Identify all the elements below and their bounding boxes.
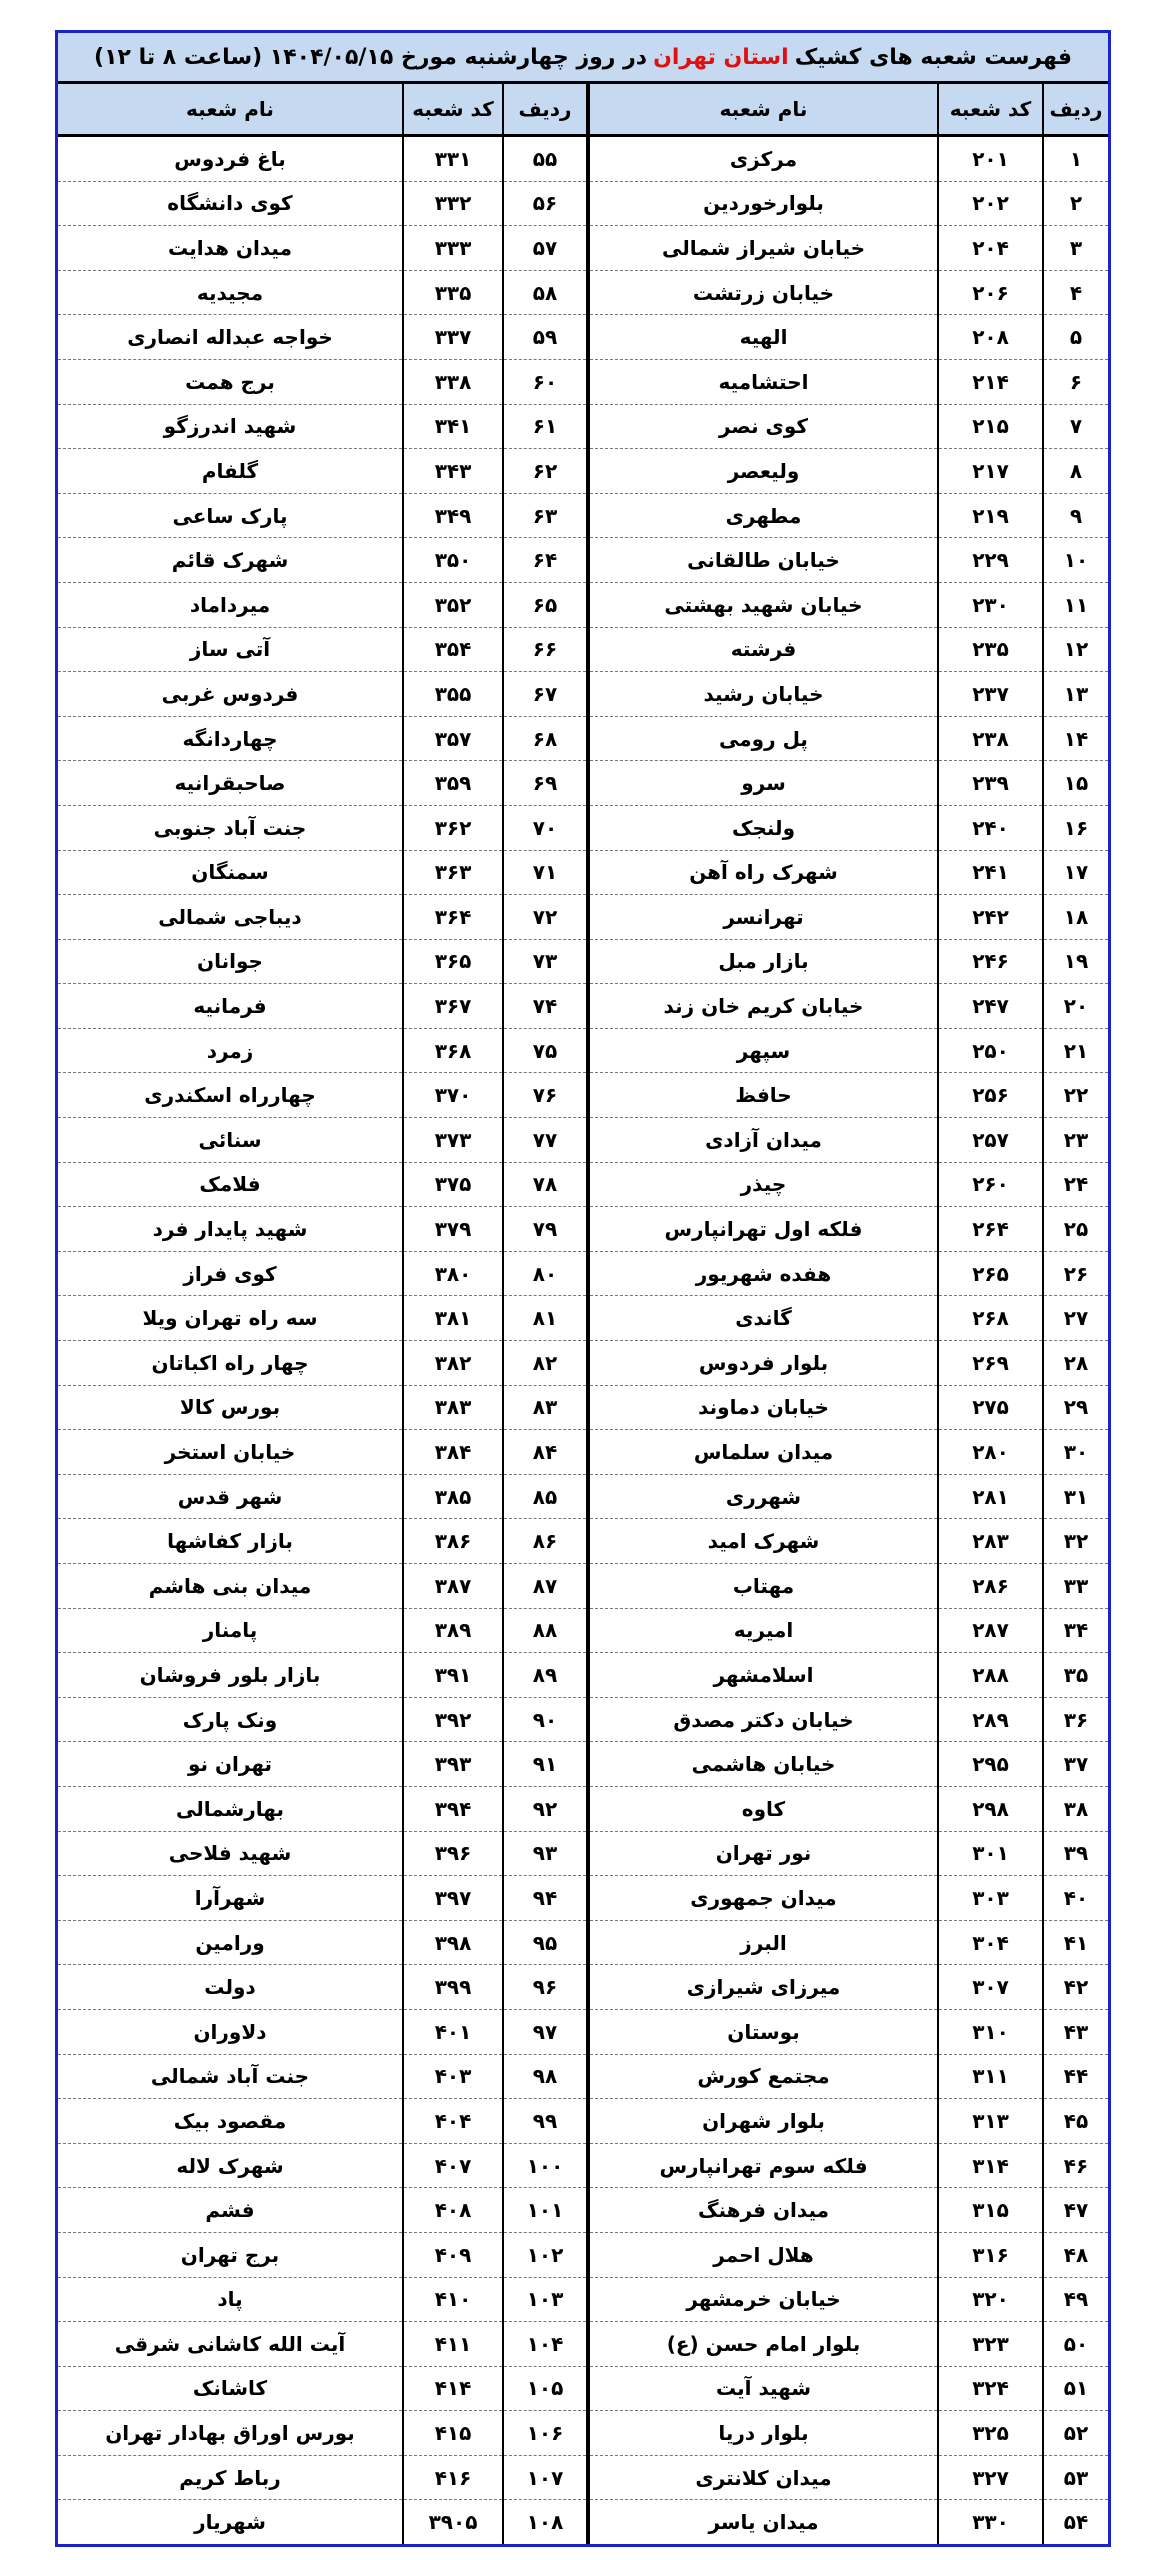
branch-name-cell: میدان یاسر — [588, 2500, 938, 2544]
row-number-cell: ۲۲ — [1043, 1073, 1108, 1118]
branch-name-cell: هلال احمر — [588, 2232, 938, 2277]
row-number-cell: ۵ — [1043, 315, 1108, 360]
row-number-cell: ۷۷ — [503, 1118, 588, 1163]
row-number-cell: ۱۹ — [1043, 939, 1108, 984]
row-number-cell: ۱۵ — [1043, 761, 1108, 806]
table-row: ۱۴۲۳۸پل رومی۶۸۳۵۷چهاردانگه — [58, 716, 1108, 761]
branch-name-cell: میدان هدایت — [58, 226, 403, 271]
row-number-cell: ۸ — [1043, 449, 1108, 494]
branch-code-cell: ۲۷۵ — [938, 1385, 1043, 1430]
branch-name-cell: زمرد — [58, 1028, 403, 1073]
branch-name-cell: چهارراه اسکندری — [58, 1073, 403, 1118]
branch-code-cell: ۳۲۰ — [938, 2277, 1043, 2322]
row-number-cell: ۶ — [1043, 359, 1108, 404]
row-number-cell: ۱۱ — [1043, 582, 1108, 627]
branch-name-cell: گاندی — [588, 1296, 938, 1341]
table-row: ۱۶۲۴۰ولنجک۷۰۳۶۲جنت آباد جنوبی — [58, 805, 1108, 850]
branch-name-cell: کاشانک — [58, 2366, 403, 2411]
row-number-cell: ۷۴ — [503, 984, 588, 1029]
row-number-cell: ۹۰ — [503, 1697, 588, 1742]
row-number-cell: ۴۱ — [1043, 1920, 1108, 1965]
branch-code-cell: ۲۶۹ — [938, 1341, 1043, 1386]
table-row: ۱۲۲۳۵فرشته۶۶۳۵۴آتی ساز — [58, 627, 1108, 672]
branch-name-cell: کوی دانشگاه — [58, 181, 403, 226]
branch-code-cell: ۲۶۸ — [938, 1296, 1043, 1341]
branch-name-cell: احتشامیه — [588, 359, 938, 404]
branch-code-cell: ۲۰۲ — [938, 181, 1043, 226]
branch-code-cell: ۲۴۶ — [938, 939, 1043, 984]
row-number-cell: ۹۱ — [503, 1742, 588, 1787]
branch-name-cell: اسلامشهر — [588, 1653, 938, 1698]
branch-name-cell: میدان بنی هاشم — [58, 1564, 403, 1609]
branch-code-cell: ۳۷۳ — [403, 1118, 503, 1163]
row-number-cell: ۸۷ — [503, 1564, 588, 1609]
branch-name-cell: پارک ساعی — [58, 493, 403, 538]
branch-name-cell: خیابان دکتر مصدق — [588, 1697, 938, 1742]
branch-code-cell: ۳۸۳ — [403, 1385, 503, 1430]
branch-code-cell: ۳۹۹ — [403, 1965, 503, 2010]
branch-code-cell: ۲۸۹ — [938, 1697, 1043, 1742]
table-row: ۲۲۲۵۶حافظ۷۶۳۷۰چهارراه اسکندری — [58, 1073, 1108, 1118]
row-number-cell: ۲۴ — [1043, 1162, 1108, 1207]
branch-name-cell: کاوه — [588, 1786, 938, 1831]
row-number-cell: ۴۵ — [1043, 2099, 1108, 2144]
branch-name-cell: میدان آزادی — [588, 1118, 938, 1163]
row-number-cell: ۳۳ — [1043, 1564, 1108, 1609]
branch-code-cell: ۳۸۰ — [403, 1251, 503, 1296]
branch-code-cell: ۳۰۴ — [938, 1920, 1043, 1965]
branch-name-cell: خیابان خرمشهر — [588, 2277, 938, 2322]
branch-name-cell: سرو — [588, 761, 938, 806]
row-number-cell: ۱۰۰ — [503, 2143, 588, 2188]
row-number-cell: ۶۰ — [503, 359, 588, 404]
branch-name-cell: شهید اندرزگو — [58, 404, 403, 449]
branch-code-cell: ۳۰۷ — [938, 1965, 1043, 2010]
branch-name-cell: فلکه اول تهرانپارس — [588, 1207, 938, 1252]
row-number-cell: ۸۹ — [503, 1653, 588, 1698]
row-number-cell: ۷ — [1043, 404, 1108, 449]
branch-name-cell: شهرآرا — [58, 1876, 403, 1921]
branch-name-cell: البرز — [588, 1920, 938, 1965]
branch-name-cell: فرشته — [588, 627, 938, 672]
branch-code-cell: ۲۶۴ — [938, 1207, 1043, 1252]
branch-code-cell: ۳۰۱ — [938, 1831, 1043, 1876]
branch-code-cell: ۳۸۹ — [403, 1608, 503, 1653]
table-row: ۴۶۳۱۴فلکه سوم تهرانپارس۱۰۰۴۰۷شهرک لاله — [58, 2143, 1108, 2188]
branch-name-cell: شهرری — [588, 1474, 938, 1519]
row-number-cell: ۶۴ — [503, 538, 588, 583]
branch-code-cell: ۳۱۴ — [938, 2143, 1043, 2188]
branch-code-cell: ۴۱۰ — [403, 2277, 503, 2322]
row-number-cell: ۹ — [1043, 493, 1108, 538]
branch-name-cell: سنائی — [58, 1118, 403, 1163]
branch-name-cell: نور تهران — [588, 1831, 938, 1876]
branch-name-cell: شهرک لاله — [58, 2143, 403, 2188]
row-number-cell: ۷۸ — [503, 1162, 588, 1207]
branch-name-cell: شهید آیت — [588, 2366, 938, 2411]
header-row-number-2: ردیف — [503, 84, 588, 136]
row-number-cell: ۱۰۳ — [503, 2277, 588, 2322]
branch-name-cell: خیابان کریم خان زند — [588, 984, 938, 1029]
branch-name-cell: رباط کریم — [58, 2455, 403, 2500]
branch-name-cell: تهران نو — [58, 1742, 403, 1787]
row-number-cell: ۳۷ — [1043, 1742, 1108, 1787]
branch-name-cell: جوانان — [58, 939, 403, 984]
branch-code-cell: ۲۶۵ — [938, 1251, 1043, 1296]
table-row: ۳۵۲۸۸اسلامشهر۸۹۳۹۱بازار بلور فروشان — [58, 1653, 1108, 1698]
branch-code-cell: ۲۶۰ — [938, 1162, 1043, 1207]
row-number-cell: ۲۶ — [1043, 1251, 1108, 1296]
branch-name-cell: ورامین — [58, 1920, 403, 1965]
branch-code-cell: ۳۹۷ — [403, 1876, 503, 1921]
branch-code-cell: ۲۱۵ — [938, 404, 1043, 449]
table-row: ۲۲۰۲بلوارخوردین۵۶۳۳۲کوی دانشگاه — [58, 181, 1108, 226]
branch-code-cell: ۲۸۰ — [938, 1430, 1043, 1475]
branch-name-cell: دلاوران — [58, 2009, 403, 2054]
branch-name-cell: بازار مبل — [588, 939, 938, 984]
branch-code-cell: ۳۲۴ — [938, 2366, 1043, 2411]
branch-code-cell: ۲۴۲ — [938, 895, 1043, 940]
branch-name-cell: فردوس غربی — [58, 672, 403, 717]
branch-code-cell: ۳۶۷ — [403, 984, 503, 1029]
branch-code-cell: ۴۱۱ — [403, 2322, 503, 2367]
branch-code-cell: ۳۹۸ — [403, 1920, 503, 1965]
row-number-cell: ۸۶ — [503, 1519, 588, 1564]
row-number-cell: ۸۱ — [503, 1296, 588, 1341]
branch-code-cell: ۳۳۱ — [403, 136, 503, 182]
branch-name-cell: کوی نصر — [588, 404, 938, 449]
header-branch-name: نام شعبه — [588, 84, 938, 136]
table-row: ۱۳۲۳۷خیابان رشید۶۷۳۵۵فردوس غربی — [58, 672, 1108, 717]
table-row: ۱۹۲۴۶بازار مبل۷۳۳۶۵جوانان — [58, 939, 1108, 984]
branch-code-cell: ۳۵۴ — [403, 627, 503, 672]
branch-code-cell: ۲۸۶ — [938, 1564, 1043, 1609]
branch-code-cell: ۳۵۹ — [403, 761, 503, 806]
table-row: ۷۲۱۵کوی نصر۶۱۳۴۱شهید اندرزگو — [58, 404, 1108, 449]
table-row: ۵۱۳۲۴شهید آیت۱۰۵۴۱۴کاشانک — [58, 2366, 1108, 2411]
table-row: ۴۸۳۱۶هلال احمر۱۰۲۴۰۹برج تهران — [58, 2232, 1108, 2277]
branch-code-cell: ۳۴۳ — [403, 449, 503, 494]
branch-code-cell: ۳۸۴ — [403, 1430, 503, 1475]
branch-name-cell: بازار کفاشها — [58, 1519, 403, 1564]
row-number-cell: ۲۹ — [1043, 1385, 1108, 1430]
row-number-cell: ۱۰۶ — [503, 2411, 588, 2456]
table-row: ۴۹۳۲۰خیابان خرمشهر۱۰۳۴۱۰پاد — [58, 2277, 1108, 2322]
branch-name-cell: دیباجی شمالی — [58, 895, 403, 940]
branch-name-cell: گلفام — [58, 449, 403, 494]
table-row: ۲۱۲۵۰سپهر۷۵۳۶۸زمرد — [58, 1028, 1108, 1073]
branch-code-cell: ۴۰۴ — [403, 2099, 503, 2144]
branch-code-cell: ۳۱۵ — [938, 2188, 1043, 2233]
row-number-cell: ۵۰ — [1043, 2322, 1108, 2367]
table-row: ۱۷۲۴۱شهرک راه آهن۷۱۳۶۳سمنگان — [58, 850, 1108, 895]
row-number-cell: ۹۵ — [503, 1920, 588, 1965]
row-number-cell: ۱۷ — [1043, 850, 1108, 895]
branch-code-cell: ۲۰۸ — [938, 315, 1043, 360]
row-number-cell: ۴۶ — [1043, 2143, 1108, 2188]
row-number-cell: ۱۲ — [1043, 627, 1108, 672]
branch-name-cell: بلوارخوردین — [588, 181, 938, 226]
branch-name-cell: تهرانسر — [588, 895, 938, 940]
branch-code-cell: ۳۸۵ — [403, 1474, 503, 1519]
table-row: ۵۰۳۲۳بلوار امام حسن (ع)۱۰۴۴۱۱آیت الله کا… — [58, 2322, 1108, 2367]
branch-code-cell: ۴۰۷ — [403, 2143, 503, 2188]
branch-code-cell: ۳۵۵ — [403, 672, 503, 717]
branch-name-cell: فشم — [58, 2188, 403, 2233]
branch-code-cell: ۳۱۳ — [938, 2099, 1043, 2144]
row-number-cell: ۴۳ — [1043, 2009, 1108, 2054]
branch-name-cell: شهرک راه آهن — [588, 850, 938, 895]
branch-code-cell: ۲۱۷ — [938, 449, 1043, 494]
row-number-cell: ۷۳ — [503, 939, 588, 984]
branch-code-cell: ۴۰۹ — [403, 2232, 503, 2277]
branch-name-cell: ولنجک — [588, 805, 938, 850]
table-row: ۴۲۳۰۷میرزای شیرازی۹۶۳۹۹دولت — [58, 1965, 1108, 2010]
branch-code-cell: ۳۹۶ — [403, 1831, 503, 1876]
branch-name-cell: خیابان هاشمی — [588, 1742, 938, 1787]
branch-table: ردیف کد شعبه نام شعبه ردیف کد شعبه نام ش… — [58, 84, 1108, 2544]
branch-code-cell: ۳۸۷ — [403, 1564, 503, 1609]
branch-code-cell: ۲۵۶ — [938, 1073, 1043, 1118]
branch-code-cell: ۳۷۵ — [403, 1162, 503, 1207]
branch-code-cell: ۲۸۸ — [938, 1653, 1043, 1698]
title-prefix: فهرست شعبه های کشیک — [795, 45, 1072, 70]
branch-name-cell: ولیعصر — [588, 449, 938, 494]
table-row: ۲۳۲۵۷میدان آزادی۷۷۳۷۳سنائی — [58, 1118, 1108, 1163]
document-title: فهرست شعبه های کشیک استان تهران در روز چ… — [58, 33, 1108, 84]
table-row: ۵۲۰۸الهیه۵۹۳۳۷خواجه عبداله انصاری — [58, 315, 1108, 360]
branch-code-cell: ۳۰۳ — [938, 1876, 1043, 1921]
row-number-cell: ۴۸ — [1043, 2232, 1108, 2277]
branch-code-cell: ۳۴۹ — [403, 493, 503, 538]
title-highlight-province: استان تهران — [653, 45, 789, 70]
branch-code-cell: ۳۵۷ — [403, 716, 503, 761]
branch-code-cell: ۲۲۹ — [938, 538, 1043, 583]
branch-name-cell: کوی فراز — [58, 1251, 403, 1296]
branch-name-cell: بوستان — [588, 2009, 938, 2054]
row-number-cell: ۹۴ — [503, 1876, 588, 1921]
branch-name-cell: خیابان طالقانی — [588, 538, 938, 583]
branch-name-cell: خیابان دماوند — [588, 1385, 938, 1430]
row-number-cell: ۶۵ — [503, 582, 588, 627]
table-row: ۴۷۳۱۵میدان فرهنگ۱۰۱۴۰۸فشم — [58, 2188, 1108, 2233]
table-row: ۲۸۲۶۹بلوار فردوس۸۲۳۸۲چهار راه اکباتان — [58, 1341, 1108, 1386]
table-row: ۲۶۲۶۵هفده شهریور۸۰۳۸۰کوی فراز — [58, 1251, 1108, 1296]
branch-code-cell: ۲۱۹ — [938, 493, 1043, 538]
branch-code-cell: ۳۷۰ — [403, 1073, 503, 1118]
branch-name-cell: میرزای شیرازی — [588, 1965, 938, 2010]
branch-code-cell: ۲۵۰ — [938, 1028, 1043, 1073]
table-row: ۳۱۲۸۱شهرری۸۵۳۸۵شهر قدس — [58, 1474, 1108, 1519]
row-number-cell: ۴۴ — [1043, 2054, 1108, 2099]
branch-name-cell: مهتاب — [588, 1564, 938, 1609]
table-row: ۱۵۲۳۹سرو۶۹۳۵۹صاحبقرانیه — [58, 761, 1108, 806]
branch-code-cell: ۲۸۷ — [938, 1608, 1043, 1653]
row-number-cell: ۲۷ — [1043, 1296, 1108, 1341]
row-number-cell: ۹۸ — [503, 2054, 588, 2099]
branch-name-cell: دولت — [58, 1965, 403, 2010]
row-number-cell: ۸۸ — [503, 1608, 588, 1653]
branch-name-cell: پل رومی — [588, 716, 938, 761]
branch-name-cell: مرکزی — [588, 136, 938, 182]
row-number-cell: ۹۷ — [503, 2009, 588, 2054]
title-suffix-date: در روز چهارشنبه مورخ ۱۴۰۴/۰۵/۱۵ (ساعت ۸ … — [94, 45, 647, 70]
row-number-cell: ۵۲ — [1043, 2411, 1108, 2456]
table-row: ۴۱۳۰۴البرز۹۵۳۹۸ورامین — [58, 1920, 1108, 1965]
branch-name-cell: برج تهران — [58, 2232, 403, 2277]
row-number-cell: ۵۴ — [1043, 2500, 1108, 2544]
branch-name-cell: بلوار فردوس — [588, 1341, 938, 1386]
table-row: ۴۴۳۱۱مجتمع کورش۹۸۴۰۳جنت آباد شمالی — [58, 2054, 1108, 2099]
branch-code-cell: ۴۱۶ — [403, 2455, 503, 2500]
branch-name-cell: مجتمع کورش — [588, 2054, 938, 2099]
branch-name-cell: سپهر — [588, 1028, 938, 1073]
row-number-cell: ۹۶ — [503, 1965, 588, 2010]
table-row: ۱۸۲۴۲تهرانسر۷۲۳۶۴دیباجی شمالی — [58, 895, 1108, 940]
branch-code-cell: ۳۶۸ — [403, 1028, 503, 1073]
branch-name-cell: چهاردانگه — [58, 716, 403, 761]
branch-name-cell: میدان کلانتری — [588, 2455, 938, 2500]
branch-code-cell: ۳۹۲ — [403, 1697, 503, 1742]
branch-code-cell: ۳۵۲ — [403, 582, 503, 627]
table-row: ۲۹۲۷۵خیابان دماوند۸۳۳۸۳بورس کالا — [58, 1385, 1108, 1430]
branch-code-cell: ۳۵۰ — [403, 538, 503, 583]
branch-name-cell: آیت الله کاشانی شرقی — [58, 2322, 403, 2367]
row-number-cell: ۳۲ — [1043, 1519, 1108, 1564]
branch-code-cell: ۳۶۵ — [403, 939, 503, 984]
table-row: ۳۹۳۰۱نور تهران۹۳۳۹۶شهید فلاحی — [58, 1831, 1108, 1876]
branch-name-cell: خواجه عبداله انصاری — [58, 315, 403, 360]
branch-name-cell: میدان فرهنگ — [588, 2188, 938, 2233]
branch-code-cell: ۳۳۰ — [938, 2500, 1043, 2544]
branch-name-cell: فلامک — [58, 1162, 403, 1207]
row-number-cell: ۱۰۵ — [503, 2366, 588, 2411]
branch-name-cell: بازار بلور فروشان — [58, 1653, 403, 1698]
branch-name-cell: امیریه — [588, 1608, 938, 1653]
branch-name-cell: میدان جمهوری — [588, 1876, 938, 1921]
branch-code-cell: ۳۶۴ — [403, 895, 503, 940]
branch-code-cell: ۳۳۳ — [403, 226, 503, 271]
branch-name-cell: جنت آباد جنوبی — [58, 805, 403, 850]
row-number-cell: ۵۸ — [503, 270, 588, 315]
branch-code-cell: ۴۰۳ — [403, 2054, 503, 2099]
branch-name-cell: صاحبقرانیه — [58, 761, 403, 806]
branch-name-cell: فلکه سوم تهرانپارس — [588, 2143, 938, 2188]
branch-code-cell: ۳۹۳ — [403, 1742, 503, 1787]
row-number-cell: ۶۳ — [503, 493, 588, 538]
branch-list-document: فهرست شعبه های کشیک استان تهران در روز چ… — [55, 30, 1111, 2547]
branch-code-cell: ۲۹۸ — [938, 1786, 1043, 1831]
table-row: ۶۲۱۴احتشامیه۶۰۳۳۸برج همت — [58, 359, 1108, 404]
branch-code-cell: ۴۰۸ — [403, 2188, 503, 2233]
row-number-cell: ۲۱ — [1043, 1028, 1108, 1073]
row-number-cell: ۸۲ — [503, 1341, 588, 1386]
table-row: ۳۳۲۸۶مهتاب۸۷۳۸۷میدان بنی هاشم — [58, 1564, 1108, 1609]
table-row: ۴۳۳۱۰بوستان۹۷۴۰۱دلاوران — [58, 2009, 1108, 2054]
row-number-cell: ۳۴ — [1043, 1608, 1108, 1653]
table-row: ۳۲۰۴خیابان شیراز شمالی۵۷۳۳۳میدان هدایت — [58, 226, 1108, 271]
branch-name-cell: سه راه تهران ویلا — [58, 1296, 403, 1341]
branch-code-cell: ۳۳۸ — [403, 359, 503, 404]
table-row: ۳۲۲۸۳شهرک امید۸۶۳۸۶بازار کفاشها — [58, 1519, 1108, 1564]
branch-code-cell: ۴۰۱ — [403, 2009, 503, 2054]
row-number-cell: ۱۰۴ — [503, 2322, 588, 2367]
row-number-cell: ۱۰۸ — [503, 2500, 588, 2544]
table-row: ۴۰۳۰۳میدان جمهوری۹۴۳۹۷شهرآرا — [58, 1876, 1108, 1921]
branch-code-cell: ۲۴۱ — [938, 850, 1043, 895]
row-number-cell: ۵۶ — [503, 181, 588, 226]
row-number-cell: ۱۸ — [1043, 895, 1108, 940]
branch-name-cell: میدان سلماس — [588, 1430, 938, 1475]
branch-name-cell: سمنگان — [58, 850, 403, 895]
branch-name-cell: آتی ساز — [58, 627, 403, 672]
branch-code-cell: ۲۳۸ — [938, 716, 1043, 761]
row-number-cell: ۳۸ — [1043, 1786, 1108, 1831]
table-row: ۴۵۳۱۳بلوار شهران۹۹۴۰۴مقصود بیک — [58, 2099, 1108, 2144]
table-body: ۱۲۰۱مرکزی۵۵۳۳۱باغ فردوس۲۲۰۲بلوارخوردین۵۶… — [58, 136, 1108, 2545]
row-number-cell: ۷۰ — [503, 805, 588, 850]
branch-name-cell: مجیدیه — [58, 270, 403, 315]
row-number-cell: ۴۲ — [1043, 1965, 1108, 2010]
table-row: ۳۶۲۸۹خیابان دکتر مصدق۹۰۳۹۲ونک پارک — [58, 1697, 1108, 1742]
branch-code-cell: ۳۱۶ — [938, 2232, 1043, 2277]
branch-code-cell: ۲۳۰ — [938, 582, 1043, 627]
branch-code-cell: ۳۲۳ — [938, 2322, 1043, 2367]
branch-code-cell: ۲۴۷ — [938, 984, 1043, 1029]
branch-name-cell: خیابان زرتشت — [588, 270, 938, 315]
row-number-cell: ۳ — [1043, 226, 1108, 271]
branch-code-cell: ۳۷۹ — [403, 1207, 503, 1252]
branch-name-cell: بلوار امام حسن (ع) — [588, 2322, 938, 2367]
branch-name-cell: خیابان استخر — [58, 1430, 403, 1475]
row-number-cell: ۷۵ — [503, 1028, 588, 1073]
table-row: ۲۰۲۴۷خیابان کریم خان زند۷۴۳۶۷فرمانیه — [58, 984, 1108, 1029]
row-number-cell: ۶۷ — [503, 672, 588, 717]
row-number-cell: ۵۱ — [1043, 2366, 1108, 2411]
branch-name-cell: خیابان شهید بهشتی — [588, 582, 938, 627]
row-number-cell: ۱۴ — [1043, 716, 1108, 761]
branch-code-cell: ۳۶۳ — [403, 850, 503, 895]
branch-name-cell: شهر قدس — [58, 1474, 403, 1519]
row-number-cell: ۲۳ — [1043, 1118, 1108, 1163]
branch-code-cell: ۲۳۷ — [938, 672, 1043, 717]
table-row: ۵۳۳۲۷میدان کلانتری۱۰۷۴۱۶رباط کریم — [58, 2455, 1108, 2500]
header-branch-name-2: نام شعبه — [58, 84, 403, 136]
branch-code-cell: ۲۹۵ — [938, 1742, 1043, 1787]
branch-name-cell: مطهری — [588, 493, 938, 538]
branch-name-cell: برج همت — [58, 359, 403, 404]
branch-name-cell: خیابان شیراز شمالی — [588, 226, 938, 271]
header-branch-code-2: کد شعبه — [403, 84, 503, 136]
row-number-cell: ۱۰۱ — [503, 2188, 588, 2233]
branch-name-cell: باغ فردوس — [58, 136, 403, 182]
branch-code-cell: ۳۱۰ — [938, 2009, 1043, 2054]
branch-code-cell: ۳۶۲ — [403, 805, 503, 850]
row-number-cell: ۷۲ — [503, 895, 588, 940]
table-row: ۳۷۲۹۵خیابان هاشمی۹۱۳۹۳تهران نو — [58, 1742, 1108, 1787]
row-number-cell: ۱۶ — [1043, 805, 1108, 850]
row-number-cell: ۲۰ — [1043, 984, 1108, 1029]
branch-name-cell: جنت آباد شمالی — [58, 2054, 403, 2099]
table-row: ۲۷۲۶۸گاندی۸۱۳۸۱سه راه تهران ویلا — [58, 1296, 1108, 1341]
branch-code-cell: ۴۱۵ — [403, 2411, 503, 2456]
branch-name-cell: پاد — [58, 2277, 403, 2322]
table-row: ۱۲۰۱مرکزی۵۵۳۳۱باغ فردوس — [58, 136, 1108, 182]
row-number-cell: ۸۵ — [503, 1474, 588, 1519]
header-branch-code: کد شعبه — [938, 84, 1043, 136]
branch-name-cell: چیذر — [588, 1162, 938, 1207]
row-number-cell: ۹۳ — [503, 1831, 588, 1876]
